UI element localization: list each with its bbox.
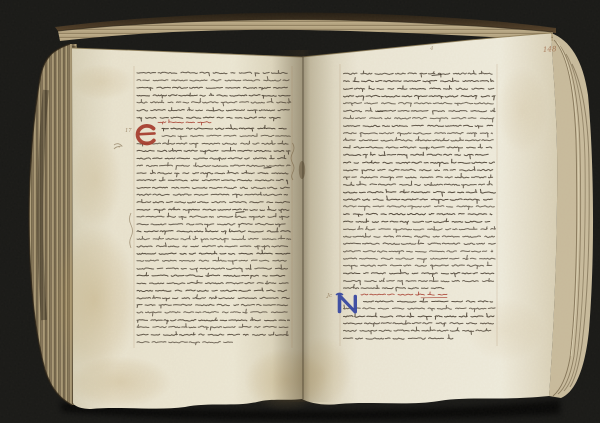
paper-texture-overlay <box>29 20 595 410</box>
book: 148 4 17 Jc <box>0 0 600 423</box>
manuscript-photo: 148 4 17 Jc <box>0 0 600 423</box>
